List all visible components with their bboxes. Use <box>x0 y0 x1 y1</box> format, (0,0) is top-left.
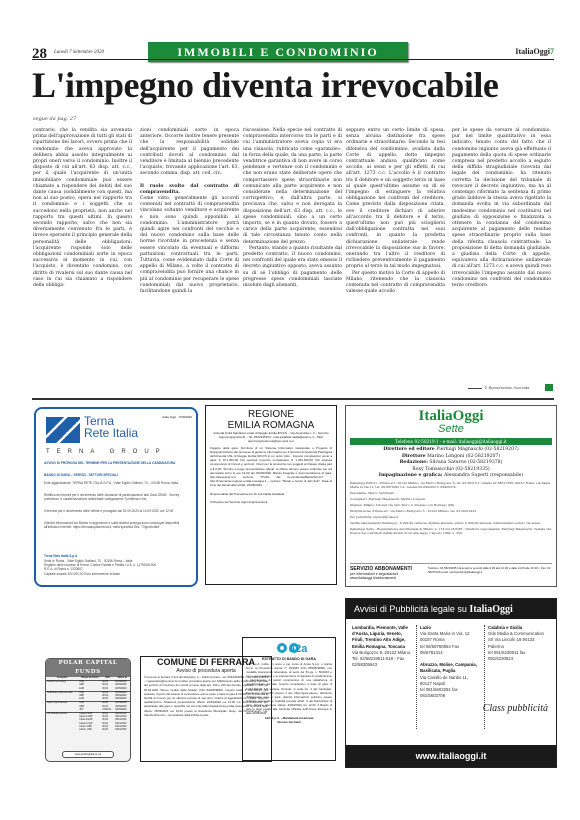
terna-logo-icon <box>46 417 80 443</box>
article-divider <box>32 398 554 400</box>
terna-ad: TernaRete Italia Italia Oggi - 7/09/2020… <box>34 407 198 587</box>
italiaoggi-logo: ItaliaOggi <box>346 409 556 424</box>
terna-logo-text: TernaRete Italia <box>84 415 138 439</box>
continued-from: segue da pag. 27 <box>33 116 76 122</box>
article-column-3: riscossione. Nella specie nel contratto … <box>243 128 342 289</box>
class-pubblicita-logo: Class pubblicità <box>483 703 548 714</box>
italiaoggi-sette-box: ItaliaOggi Sette Telefono 02-58219.1 - e… <box>345 405 557 587</box>
end-mark <box>545 384 553 391</box>
regione-ad: REGIONE EMILIA ROMAGNA Azienda Unità San… <box>205 405 337 585</box>
a2a-logo-icon <box>277 643 287 653</box>
header-rule <box>32 59 554 60</box>
a2a-logo: a2a <box>243 642 335 654</box>
a2a-ad: a2a ESTRATTO DI BANDO DI GARA A2A S.p.A.… <box>242 637 336 761</box>
article-column-1: contrario, che la vendita sia avvenuta p… <box>33 128 132 289</box>
fund-table: CompartoClasse di AzioniNAVValore al Glo… <box>46 677 130 732</box>
contact-bar: Telefono 02-58219.1 - e-mail: italiaoggi… <box>350 438 552 445</box>
article-column-4: seppure entro un certo limite di spesa, … <box>346 128 445 295</box>
reproduction-notice: © Riproduzione riservata <box>468 386 529 390</box>
page-header: 28 Lunedì 7 Settembre 2020 IMMOBILI E CO… <box>32 42 554 64</box>
avvisi-pubblicita-box: Avvisi di Pubblicità legale su ItaliaOgg… <box>345 598 557 768</box>
page-number: 28 <box>32 46 47 63</box>
polar-capital-ad: POLAR CAPITAL FUNDS CompartoClasse di Az… <box>45 658 131 762</box>
masthead-brand: ItaliaOggi7 <box>515 47 554 56</box>
subscription-service: SERVIZIO ABBONAMENTI per informazioni e … <box>350 563 552 582</box>
avvisi-title: Avvisi di Pubblicità legale su ItaliaOgg… <box>346 599 556 619</box>
article-column-2: zioni condominiali sorte in epoca anteri… <box>140 128 239 295</box>
article-headline: L'impegno diventa irrevocabile <box>32 66 554 104</box>
polar-url: www.polarcapital.co.uk <box>62 751 114 758</box>
issue-date: Lunedì 7 Settembre 2020 <box>54 50 104 55</box>
article-subhead: Il ruolo svolto dal contratto di comprav… <box>140 184 239 196</box>
italiaoggi-url[interactable]: www.italiaoggi.it <box>346 745 556 767</box>
article-column-5: per le spese da versare al condominio, p… <box>452 128 551 289</box>
